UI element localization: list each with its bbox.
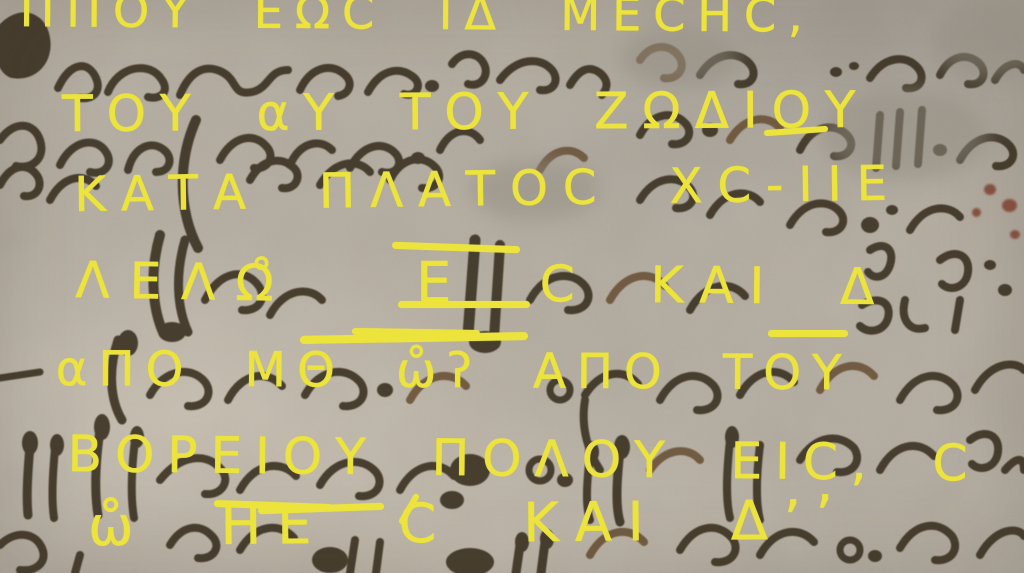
- trace-underline-epsilon: [398, 301, 530, 308]
- ink-stain-red: [984, 184, 996, 195]
- greek-trace-line-4c: Ϲ ΚΑΙ Δ: [539, 256, 890, 317]
- ink-stain-red: [1002, 199, 1017, 212]
- greek-trace-line-7: ω̊ ΗΕ Ϲ ΚΑΙ Δ’: [88, 490, 817, 558]
- greek-trace-line-3: ΚΑΤΑ ΠΛΑΤΟϹ ΧϹ-ΙΙΕ: [74, 156, 902, 223]
- trace-underline-kai-delta: [768, 330, 848, 337]
- greek-trace-line-5: αΠΟ ΜΘ ω̊ʔ ΑΠΟ ΤΟΥ: [56, 342, 853, 401]
- greek-trace-line-6: ΒΟΡΕΙΟΥ ΠΟΛΟΥ ΕΙϹ, Ϲ: [67, 426, 980, 493]
- greek-trace-line-4a: ΛΕΛΩ̊: [75, 252, 294, 313]
- palimpsest-photo: ΠΠΟΥ ΕΩϹ ΙΔ ΜΕϹΗϹ, ΤΟΥ αΥ ΤΟΥ ΖΩΔΙΟΥ ΚΑΤ…: [0, 0, 1024, 573]
- greek-trace-line-2: ΤΟΥ αΥ ΤΟΥ ΖΩΔΙΟΥ: [62, 82, 870, 144]
- trace-comma-mark: ,: [816, 452, 833, 514]
- greek-trace-line-1: ΠΠΟΥ ΕΩϹ ΙΔ ΜΕϹΗϹ,: [20, 0, 815, 42]
- ink-stain-red: [1010, 230, 1020, 239]
- ink-stain-red: [972, 208, 981, 217]
